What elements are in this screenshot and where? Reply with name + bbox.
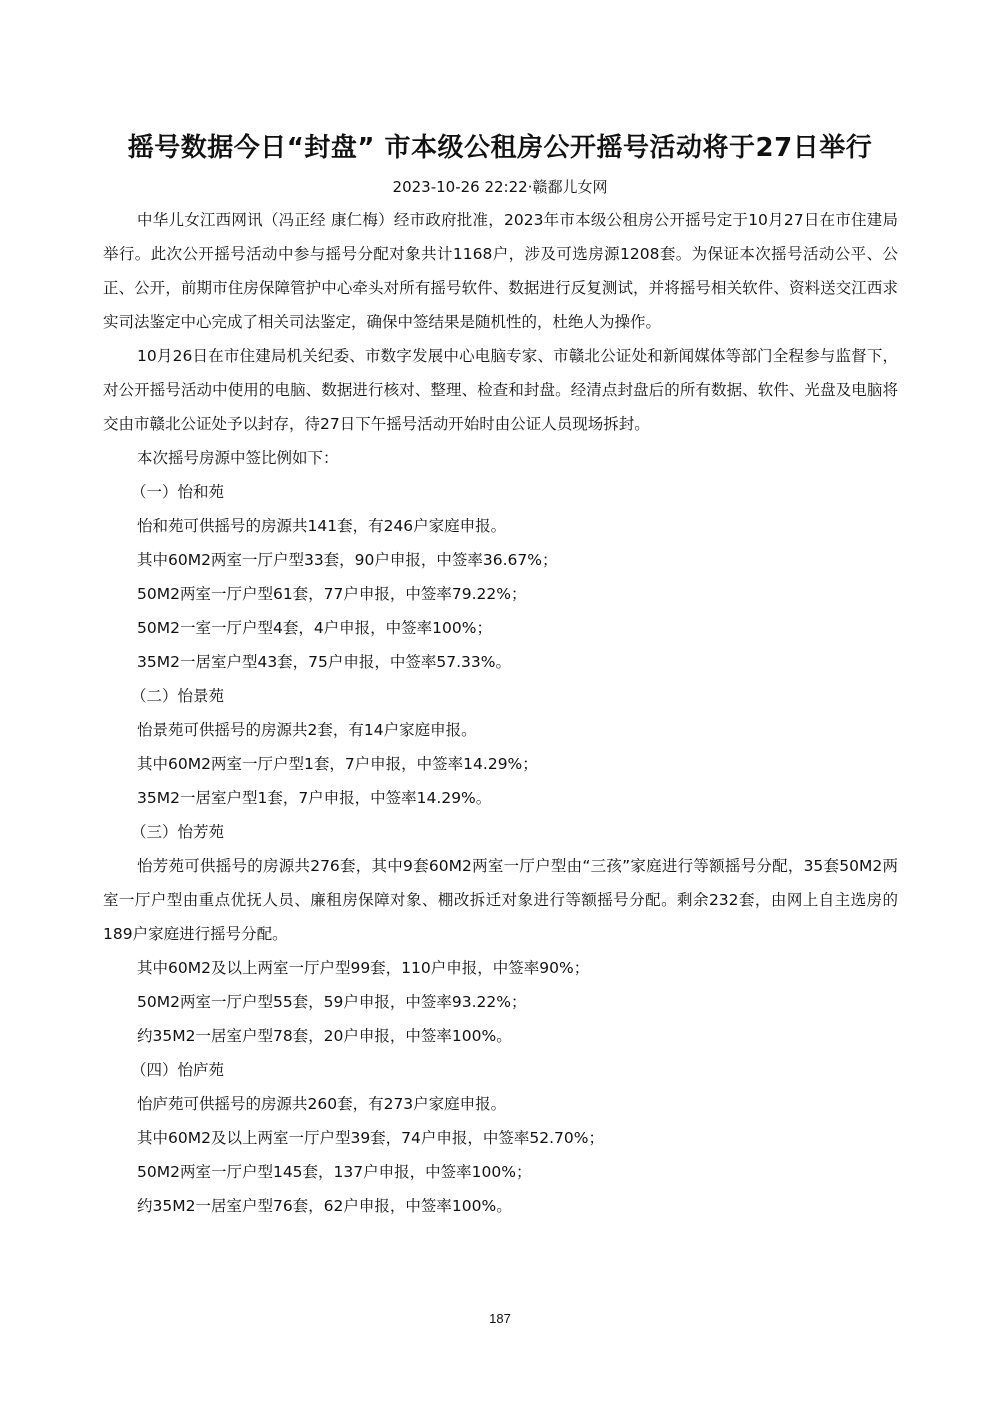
section-line: 约35M2一居室户型76套，62户申报，中签率100%。 xyxy=(103,1189,898,1223)
section-line: 怡景苑可供摇号的房源共2套，有14户家庭申报。 xyxy=(103,713,898,747)
section-heading-yijing: （二）怡景苑 xyxy=(103,679,898,713)
section-line: 35M2一居室户型1套，7户申报，中签率14.29%。 xyxy=(103,781,898,815)
section-line: 其中60M2及以上两室一厅户型99套，110户申报，中签率90%； xyxy=(103,951,898,985)
section-heading-yifang: （三）怡芳苑 xyxy=(103,815,898,849)
article-body: 中华儿女江西网讯（冯正经 康仁梅）经市政府批准，2023年市本级公租房公开摇号定… xyxy=(103,203,898,1223)
section-heading-yihe: （一）怡和苑 xyxy=(103,475,898,509)
paragraph-sealing: 10月26日在市住建局机关纪委、市数字发展中心电脑专家、市赣北公证处和新闻媒体等… xyxy=(103,339,898,441)
paragraph-ratio-lead: 本次摇号房源中签比例如下： xyxy=(103,441,898,475)
section-line: 怡和苑可供摇号的房源共141套，有246户家庭申报。 xyxy=(103,509,898,543)
section-line: 其中60M2及以上两室一厅户型39套，74户申报，中签率52.70%； xyxy=(103,1121,898,1155)
section-line: 50M2一室一厅户型4套，4户申报，中签率100%； xyxy=(103,611,898,645)
document-page: 摇号数据今日“封盘” 市本级公租房公开摇号活动将于27日举行 2023-10-2… xyxy=(0,0,1000,1414)
article-title: 摇号数据今日“封盘” 市本级公租房公开摇号活动将于27日举行 xyxy=(0,128,1000,168)
section-line: 其中60M2两室一厅户型33套，90户申报，中签率36.67%； xyxy=(103,543,898,577)
section-line: 50M2两室一厅户型55套，59户申报，中签率93.22%； xyxy=(103,985,898,1019)
article-byline: 2023-10-26 22:22·赣鄱儿女网 xyxy=(0,176,1000,198)
paragraph-intro: 中华儿女江西网讯（冯正经 康仁梅）经市政府批准，2023年市本级公租房公开摇号定… xyxy=(103,203,898,339)
section-heading-yilu: （四）怡庐苑 xyxy=(103,1053,898,1087)
section-line: 其中60M2两室一厅户型1套，7户申报，中签率14.29%； xyxy=(103,747,898,781)
section-line: 约35M2一居室户型78套，20户申报，中签率100%。 xyxy=(103,1019,898,1053)
section-line: 怡庐苑可供摇号的房源共260套，有273户家庭申报。 xyxy=(103,1087,898,1121)
section-line: 35M2一居室户型43套，75户申报，中签率57.33%。 xyxy=(103,645,898,679)
section-intro-yifang: 怡芳苑可供摇号的房源共276套，其中9套60M2两室一厅户型由“三孩”家庭进行等… xyxy=(103,849,898,951)
page-number: 187 xyxy=(0,1311,1000,1326)
section-line: 50M2两室一厅户型61套，77户申报，中签率79.22%； xyxy=(103,577,898,611)
section-line: 50M2两室一厅户型145套，137户申报，中签率100%； xyxy=(103,1155,898,1189)
